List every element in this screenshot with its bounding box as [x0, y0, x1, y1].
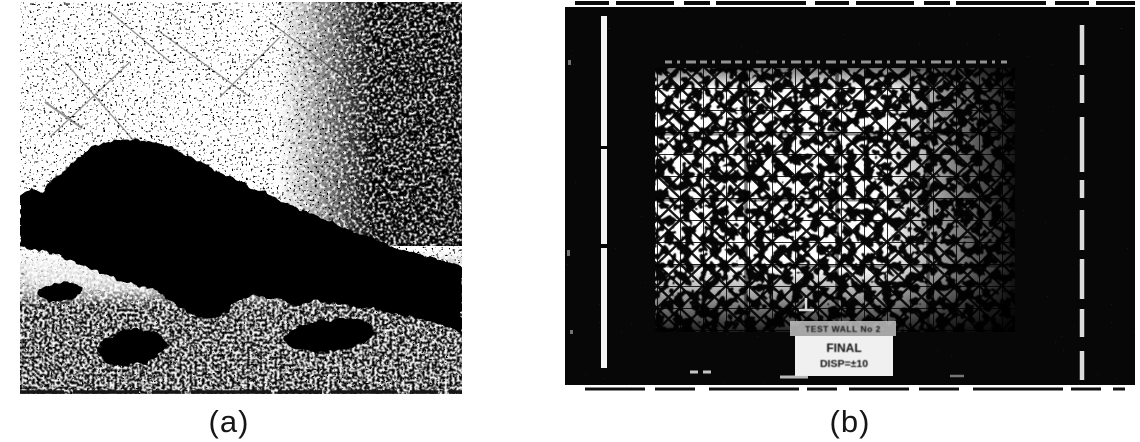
- photo-panel-b: TEST WALL No 2 FINAL DISP=±10: [565, 0, 1135, 392]
- placard-line1-text: FINAL: [826, 341, 861, 355]
- placard-line2-text: DISP=±10: [820, 358, 868, 370]
- halftone-photo-b: TEST WALL No 2 FINAL DISP=±10: [565, 0, 1135, 392]
- placard-header-text: TEST WALL No 2: [805, 324, 881, 334]
- photo-b-placard: TEST WALL No 2 FINAL DISP=±10: [790, 321, 896, 376]
- scanned-figure-page: TEST WALL No 2 FINAL DISP=±10 (a) (b): [0, 0, 1140, 442]
- panel-label-a: (a): [8, 403, 450, 441]
- photo-panel-a: [20, 2, 462, 394]
- panel-label-b: (b): [565, 403, 1135, 441]
- photo-a-dark-texture-topright: [275, 2, 462, 246]
- halftone-photo-a: [20, 2, 462, 394]
- photo-b-wall-face: [655, 68, 1015, 332]
